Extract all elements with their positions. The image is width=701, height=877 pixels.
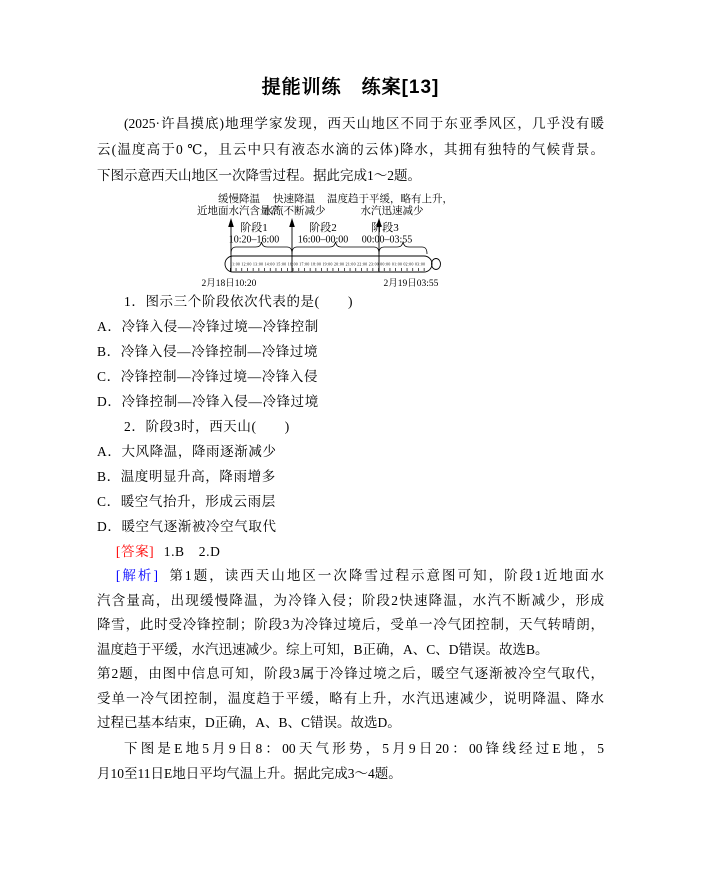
intro-line: 下图示意西天山地区一次降雪过程。据此完成1～2题。: [97, 163, 604, 189]
page-title: 提能训练 练案[13]: [97, 76, 604, 100]
answer-label: [答案]: [116, 544, 154, 559]
analysis-line: 过程已基本结束，D正确，A、B、C错误。故选D。: [97, 711, 604, 736]
analysis-line: 第2题，由图中信息可知，阶段3属于冷锋过境之后，暖空气逐渐被冷空气取代，: [97, 662, 604, 687]
intro-paragraph: (2025·许昌摸底)地理学家发现，西天山地区不同于东亚季风区，几乎没有暖 云(…: [97, 111, 604, 189]
timeline-hour-ticks: 11:00 12:00 13:00 14:00 15:00 16:00 17:0…: [230, 263, 425, 267]
analysis-label: [解析]: [116, 568, 158, 583]
timeline-end-cap: [432, 259, 441, 270]
outro-line: 月10至11日E地日平均气温上升。据此完成3～4题。: [97, 761, 604, 787]
timeline-end-label: 2月19日03:55: [384, 278, 439, 289]
question-2: 2．阶段3时，西天山( ) A．大风降温，降雨逐渐减少 B．温度明显升高，降雨增…: [97, 414, 604, 539]
question-2-option-b: B．温度明显升高，降雨增多: [97, 464, 604, 489]
intro-line: (2025·许昌摸底)地理学家发现，西天山地区不同于东亚季风区，几乎没有暖: [97, 111, 604, 137]
question-1: 1．图示三个阶段依次代表的是( ) A．冷锋入侵—冷锋过境—冷锋控制 B．冷锋入…: [97, 289, 604, 414]
annotation-stage2-line1: 快速降温: [273, 192, 315, 205]
stage3-time: 00:00–03:55: [362, 235, 413, 246]
stage1-name: 阶段1: [240, 221, 268, 234]
question-1-option-b: B．冷锋入侵—冷锋控制—冷锋过境: [97, 339, 604, 364]
question-1-option-a: A．冷锋入侵—冷锋过境—冷锋控制: [97, 314, 604, 339]
document-page: 提能训练 练案[13] (2025·许昌摸底)地理学家发现，西天山地区不同于东亚…: [0, 0, 701, 877]
annotation-stage3-line2: 水汽迅速减少: [361, 204, 424, 217]
question-1-option-c: C．冷锋控制—冷锋过境—冷锋入侵: [97, 364, 604, 389]
analysis-first-line: 第1题，读西天山地区一次降雪过程示意图可知，阶段1近地面水: [167, 568, 604, 583]
outro-line: 下图是E地5月9日8：00天气形势，5月9日20：00锋线经过E地，5: [97, 736, 604, 762]
analysis-line: 汽含量高，出现缓慢降温，为冷锋入侵；阶段2快速降温，水汽不断减少，形成: [97, 589, 604, 614]
question-1-option-d: D．冷锋控制—冷锋入侵—冷锋过境: [97, 389, 604, 414]
question-2-option-d: D．暖空气逐渐被冷空气取代: [97, 514, 604, 539]
outro-paragraph: 下图是E地5月9日8：00天气形势，5月9日20：00锋线经过E地，5 月10至…: [97, 736, 604, 787]
analysis-line: [解析]第1题，读西天山地区一次降雪过程示意图可知，阶段1近地面水: [97, 564, 604, 589]
snowfall-process-diagram: 缓慢降温 近地面水汽含量高 快速降温 水汽不断减少 温度趋于平缓，略有上升， 水…: [97, 189, 604, 287]
question-2-option-a: A．大风降温，降雨逐渐减少: [97, 439, 604, 464]
stage2-time: 16:00–00:00: [298, 235, 349, 246]
annotation-stage3-line1: 温度趋于平缓，略有上升，: [327, 192, 453, 205]
question-1-stem: 1．图示三个阶段依次代表的是( ): [97, 289, 604, 314]
intro-line: 云(温度高于0 ℃，且云中只有液态水滴的云体)降水，其拥有独特的气候背景。: [97, 137, 604, 163]
answer-text: 1.B 2.D: [164, 544, 221, 559]
annotation-stage2-line2: 水汽不断减少: [263, 204, 326, 217]
timeline-start-label: 2月18日10:20: [202, 278, 257, 289]
diagram-svg: 缓慢降温 近地面水汽含量高 快速降温 水汽不断减少 温度趋于平缓，略有上升， 水…: [147, 189, 487, 289]
answer-line: [答案]1.B 2.D: [97, 539, 604, 564]
analysis-line: 降雪，此时受冷锋控制；阶段3为冷锋过境后，受单一冷气团控制，天气转晴朗，: [97, 613, 604, 638]
analysis-line: 温度趋于平缓，水汽迅速减少。综上可知，B正确，A、C、D错误。故选B。: [97, 638, 604, 663]
stage3-name: 阶段3: [371, 221, 399, 234]
stage2-name: 阶段2: [309, 221, 337, 234]
analysis-paragraph: [解析]第1题，读西天山地区一次降雪过程示意图可知，阶段1近地面水 汽含量高，出…: [97, 564, 604, 736]
question-2-option-c: C．暖空气抬升，形成云雨层: [97, 489, 604, 514]
question-2-stem: 2．阶段3时，西天山( ): [97, 414, 604, 439]
analysis-line: 受单一冷气团控制，温度趋于平缓，略有上升，水汽迅速减少，说明降温、降水: [97, 687, 604, 712]
annotation-stage1-line1: 缓慢降温: [218, 192, 260, 205]
stage1-time: 10:20–16:00: [229, 235, 280, 246]
